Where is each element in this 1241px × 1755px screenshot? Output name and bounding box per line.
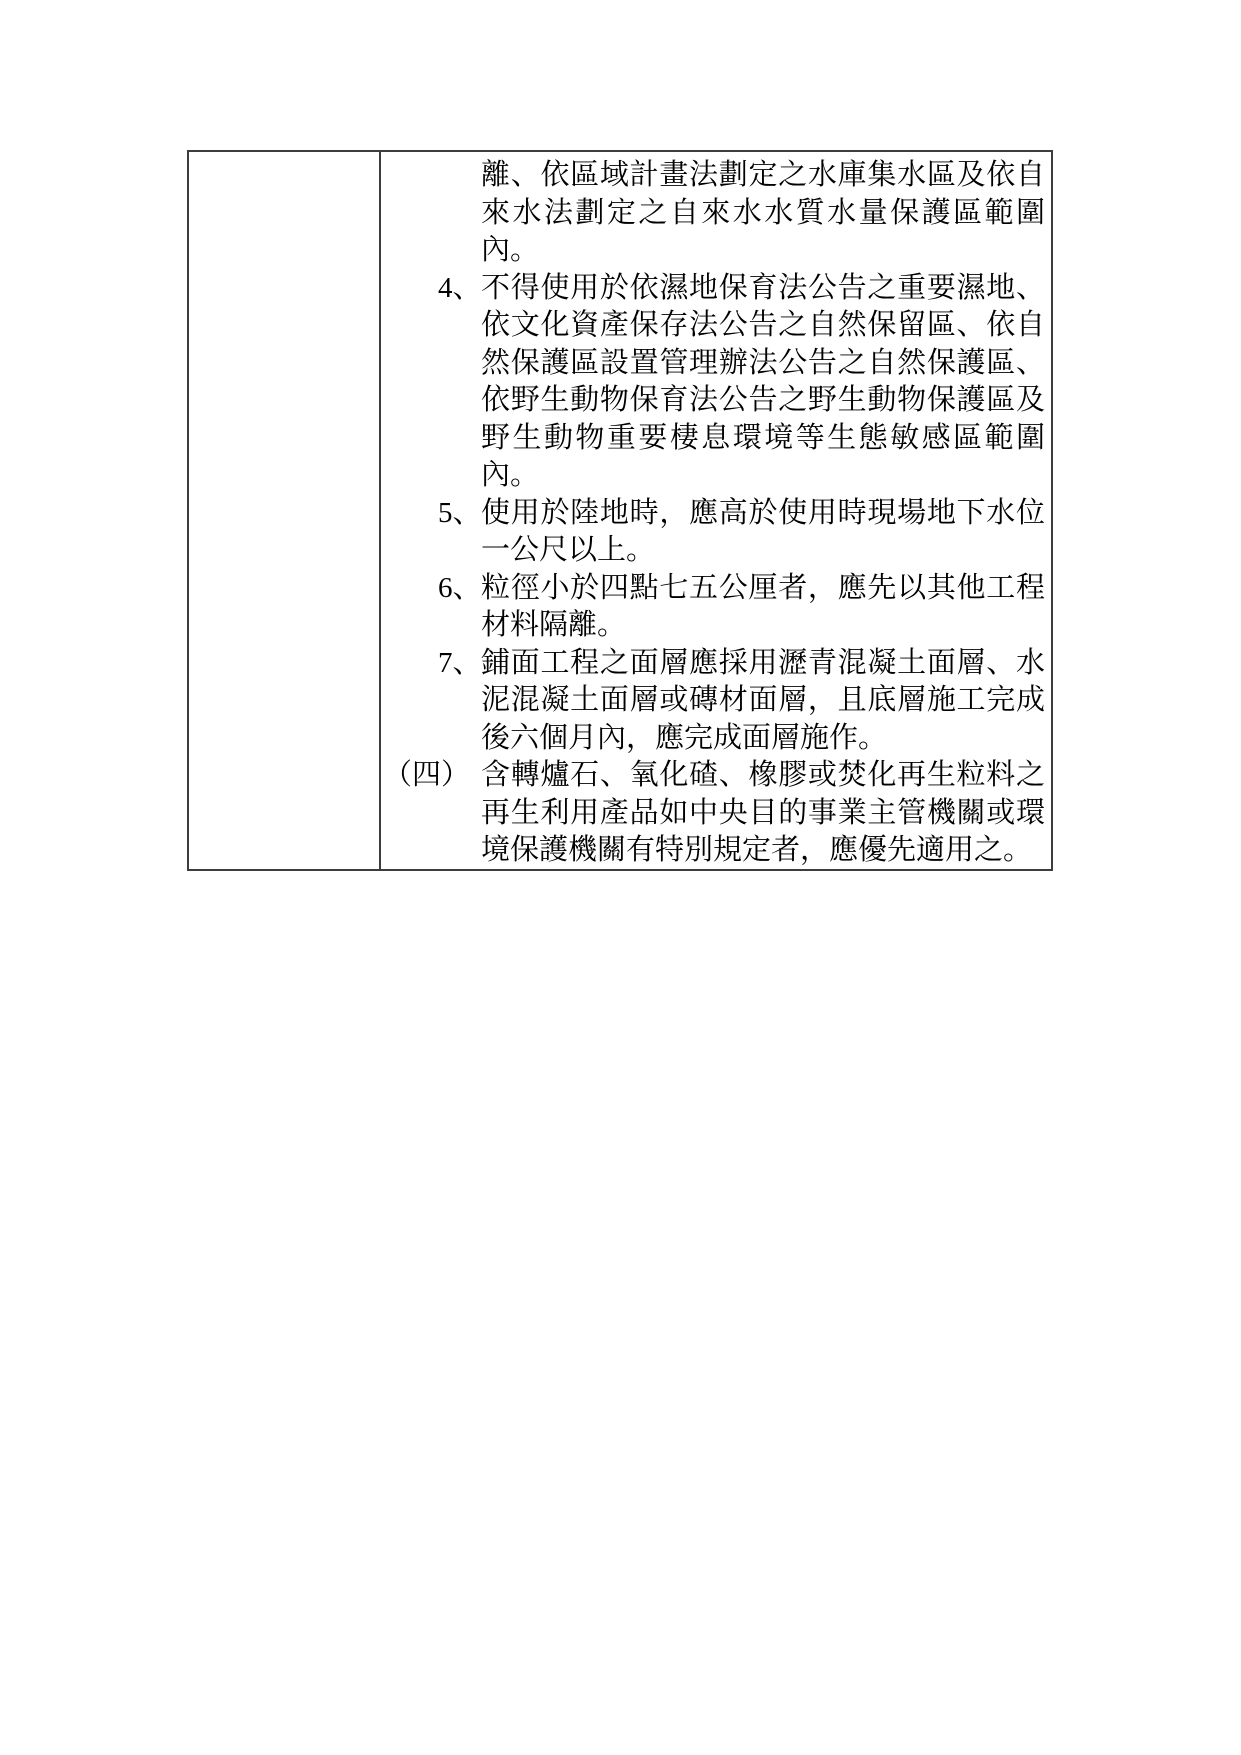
text-line: 鋪面工程之面層應採用瀝青混凝土面層、水 bbox=[481, 645, 1045, 683]
text-line: 一公尺以上。 bbox=[481, 532, 1045, 570]
list-item-7: 7、 鋪面工程之面層應採用瀝青混凝土面層、水 泥混凝土面層或磚材面層，且底層施工… bbox=[381, 645, 1045, 758]
text-line: 然保護區設置管理辦法公告之自然保護區、 bbox=[481, 345, 1045, 383]
text-line: 依野生動物保育法公告之野生動物保護區及 bbox=[481, 382, 1045, 420]
table-cell-empty bbox=[189, 152, 381, 869]
text-line: 泥混凝土面層或磚材面層，且底層施工完成 bbox=[481, 682, 1045, 720]
item-marker: （四） bbox=[383, 757, 470, 795]
item-marker: 4、 bbox=[438, 270, 482, 308]
list-item-4: 4、 不得使用於依濕地保育法公告之重要濕地、 依文化資產保存法公告之自然保留區、… bbox=[381, 270, 1045, 495]
text-line: 粒徑小於四點七五公厘者，應先以其他工程 bbox=[481, 570, 1045, 608]
list-item-5: 5、 使用於陸地時，應高於使用時現場地下水位 一公尺以上。 bbox=[381, 495, 1045, 570]
table-cell-content: 離、依區域計畫法劃定之水庫集水區及依自 來水法劃定之自來水水質水量保護區範圍 內… bbox=[381, 152, 1051, 869]
item-marker: 5、 bbox=[438, 495, 482, 533]
list-item-paren-4: （四） 含轉爐石、氧化碴、橡膠或焚化再生粒料之 再生利用產品如中央目的事業主管機… bbox=[381, 757, 1045, 869]
text-line: 境保護機關有特別規定者，應優先適用之。 bbox=[481, 832, 1045, 869]
text-line: 後六個月內，應完成面層施作。 bbox=[481, 720, 1045, 758]
text-line: 依文化資產保存法公告之自然保留區、依自 bbox=[481, 307, 1045, 345]
list-item-6: 6、 粒徑小於四點七五公厘者，應先以其他工程 材料隔離。 bbox=[381, 570, 1045, 645]
text-line: 內。 bbox=[481, 232, 1045, 270]
item-marker: 7、 bbox=[438, 645, 482, 683]
text-line: 來水法劃定之自來水水質水量保護區範圍 bbox=[481, 195, 1045, 233]
text-line: 野生動物重要棲息環境等生態敏感區範圍 bbox=[481, 420, 1045, 458]
text-line: 內。 bbox=[481, 457, 1045, 495]
text-line: 材料隔離。 bbox=[481, 607, 1045, 645]
text-line: 不得使用於依濕地保育法公告之重要濕地、 bbox=[481, 270, 1045, 308]
list-item-continuation: 離、依區域計畫法劃定之水庫集水區及依自 來水法劃定之自來水水質水量保護區範圍 內… bbox=[381, 157, 1045, 270]
text-line: 再生利用產品如中央目的事業主管機關或環 bbox=[481, 795, 1045, 833]
content-table: 離、依區域計畫法劃定之水庫集水區及依自 來水法劃定之自來水水質水量保護區範圍 內… bbox=[187, 150, 1053, 871]
text-line: 含轉爐石、氧化碴、橡膠或焚化再生粒料之 bbox=[481, 757, 1045, 795]
item-marker: 6、 bbox=[438, 570, 482, 608]
document-page: { "document": { "background": "#ffffff",… bbox=[0, 0, 1241, 1755]
text-line: 離、依區域計畫法劃定之水庫集水區及依自 bbox=[481, 157, 1045, 195]
text-line: 使用於陸地時，應高於使用時現場地下水位 bbox=[481, 495, 1045, 533]
